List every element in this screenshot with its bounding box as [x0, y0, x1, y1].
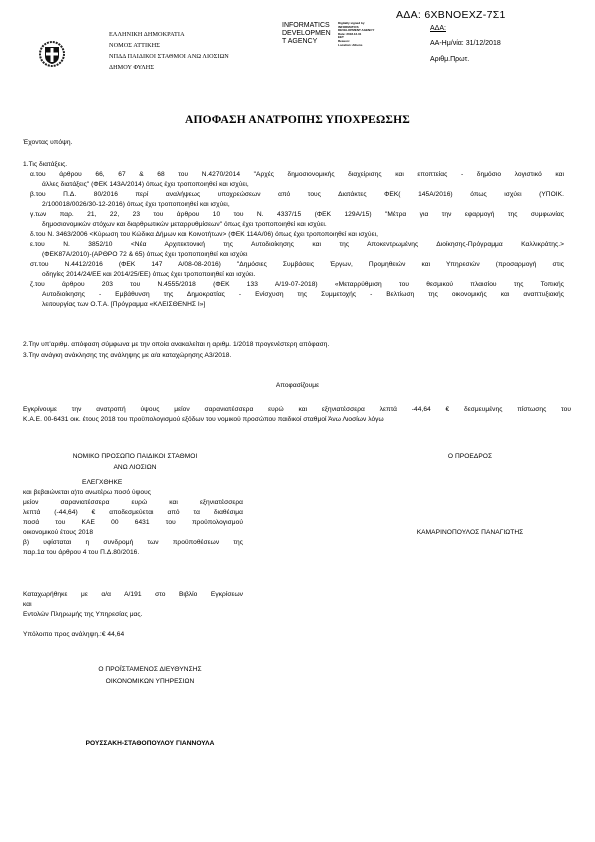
- intro-text: Έχοντας υπόψη.: [23, 138, 72, 148]
- org-line-entity: ΝΠΔΔ ΠΑΙΔΙΚΟΙ ΣΤΑΘΜΟΙ ΑΝΩ ΛΙΟΣΙΩΝ: [109, 51, 229, 62]
- provision-line: ζ.του άρθρου 203 του Ν.4555/2018 (ΦΕΚ 13…: [30, 280, 564, 290]
- org-line-prefecture: ΝΟΜΟΣ ΑΤΤΙΚΗΣ: [109, 40, 229, 51]
- provision-d: δ.του Ν. 3463/2006 <Κύρωση του Κώδικα Δή…: [30, 230, 564, 240]
- section1-heading: 1.Τις διατάξεις.: [23, 160, 67, 170]
- finance-head-name: ΡΟΥΣΣΑΚΗ-ΣΤΑΘΟΠΟΥΛΟΥ ΓΙΑΝΝΟΥΛΑ: [60, 739, 240, 749]
- provision-line: λειτουργίας των Ο.Τ.Α. [Πρόγραμμα «ΚΛΕΙΣ…: [30, 300, 564, 310]
- document-title: ΑΠΟΦΑΣΗ ΑΝΑΤΡΟΠΗΣ ΥΠΟΧΡΕΩΣΗΣ: [0, 114, 595, 126]
- finance-head-title2: ΟΙΚΟΝΟΜΙΚΩΝ ΥΠΗΡΕΣΙΩΝ: [60, 677, 240, 687]
- decision-line: Εγκρίνουμε την ανατροπή ύψους μείον σαρα…: [23, 405, 571, 415]
- org-block: ΕΛΛΗΝΙΚΗ ΔΗΜΟΚΡΑΤΙΑ ΝΟΜΟΣ ΑΤΤΙΚΗΣ ΝΠΔΔ Π…: [109, 29, 229, 73]
- provision-line: δημοσιονομικών στόχων και διαρθρωτικών μ…: [30, 220, 564, 230]
- provision-line: άλλες διατάξεις" (ΦΕΚ 143Α/2014) όπως έχ…: [30, 180, 564, 190]
- provision-e: ε.του Ν. 3852/10 <Νέα Αρχιτεκτονική της …: [30, 240, 564, 260]
- check-line: β) υφίσταται η συνδρομή των προϋποθέσεων…: [23, 538, 243, 548]
- registration-line: και: [23, 600, 243, 610]
- point-3: 3.Την ανάγκη ανάκλησης της ανάληψης με α…: [23, 351, 231, 361]
- check-line: λεπτά (-44,64) € αποδεσμεύεται από τα δι…: [23, 508, 243, 518]
- check-line: οικονομικού έτους 2018: [23, 528, 243, 538]
- check-line: μείον σαρανιατέσσερα ευρώ και εξηνιατέσσ…: [23, 498, 243, 508]
- provision-c: γ.των παρ. 21, 22, 23 του άρθρου 10 του …: [30, 210, 564, 230]
- provision-g: ζ.του άρθρου 203 του Ν.4555/2018 (ΦΕΚ 13…: [30, 280, 564, 310]
- issue-date: ΑΑ-Ημ/νία: 31/12/2018: [430, 40, 501, 47]
- greek-emblem-icon: [39, 41, 65, 67]
- provision-line: Αυτοδιοίκησης - Εμβάθυνση της Δημοκρατία…: [30, 290, 564, 300]
- finance-head-title1: Ο ΠΡΟΪΣΤΑΜΕΝΟΣ ΔΙΕΥΘΥΝΣΗΣ: [60, 665, 240, 675]
- decision-line: Κ.Α.Ε. 00-6431 οικ. έτους 2018 του προϋπ…: [23, 415, 571, 425]
- org-line-municipality: ΔΗΜΟΥ ΦΥΛΗΣ: [109, 62, 229, 73]
- check-line: και βεβαιώνεται α)το ανωτέρω ποσό ύψους: [23, 488, 243, 498]
- provision-line: δ.του Ν. 3463/2006 <Κύρωση του Κώδικα Δή…: [30, 230, 564, 240]
- provision-a: α.του άρθρου 66, 67 & 68 του Ν.4270/2014…: [30, 170, 564, 190]
- check-statement: και βεβαιώνεται α)το ανωτέρω ποσό ύψους …: [23, 488, 243, 558]
- remaining-balance: Υπόλοιπο προς ανάληψη.:€ 44,64: [23, 630, 124, 640]
- ada-code-top: ΑΔΑ: 6ΧΒΝΟΕΧΖ-7Σ1: [396, 9, 506, 21]
- checked-label: ΕΛΕΓΧΘΗΚΕ: [82, 478, 122, 488]
- digital-signature-details: Digitally signed by INFORMATICS DEVELOPM…: [338, 22, 374, 47]
- provision-line: ε.του Ν. 3852/10 <Νέα Αρχιτεκτονική της …: [30, 240, 564, 250]
- president-title: Ο ΠΡΟΕΔΡΟΣ: [400, 452, 540, 462]
- signature-detail: Location: Athens: [338, 44, 374, 48]
- provision-f: στ.του Ν.4412/2016 (ΦΕΚ 147 Α/08-08-2016…: [30, 260, 564, 280]
- provision-line: 2/100018/0026/30-12-2016) όπως έχει τροπ…: [30, 200, 564, 210]
- protocol-number: Αριθμ.Πρωτ.: [430, 56, 469, 63]
- entity-name-line1: ΝΟΜΙΚΟ ΠΡΟΣΩΠΟ ΠΑΙΔΙΚΟΙ ΣΤΑΘΜΟΙ: [40, 452, 230, 462]
- president-name: ΚΑΜΑΡΙΝΟΠΟΥΛΟΣ ΠΑΝΑΓΙΩΤΗΣ: [390, 528, 550, 538]
- point-2: 2.Την υπ'αριθμ. απόφαση σύμφωνα με την ο…: [23, 340, 329, 350]
- org-line-republic: ΕΛΛΗΝΙΚΗ ΔΗΜΟΚΡΑΤΙΑ: [109, 29, 229, 40]
- agency-line: T AGENCY: [282, 38, 331, 46]
- provisions-list: α.του άρθρου 66, 67 & 68 του Ν.4270/2014…: [30, 170, 564, 310]
- signature-agency-block: INFORMATICS DEVELOPMEN T AGENCY: [282, 22, 331, 46]
- provision-line: γ.των παρ. 21, 22, 23 του άρθρου 10 του …: [30, 210, 564, 220]
- provision-line: β.του Π.Δ. 80/2016 περί αναλήψεως υποχρε…: [30, 190, 564, 200]
- provision-line: οδηγίες 2014/24/ΕΕ και 2014/25/ΕΕ) όπως …: [30, 270, 564, 280]
- ada-label: ΑΔΑ:: [430, 25, 446, 32]
- entity-name-line2: ΑΝΩ ΛΙΟΣΙΩΝ: [40, 463, 230, 473]
- check-line: ποσά του ΚΑΕ 00 6431 του προϋπολογισμού: [23, 518, 243, 528]
- provision-b: β.του Π.Δ. 80/2016 περί αναλήψεως υποχρε…: [30, 190, 564, 210]
- provision-line: α.του άρθρου 66, 67 & 68 του Ν.4270/2014…: [30, 170, 564, 180]
- registration-line: Εντολών Πληρωμής της Υπηρεσίας μας.: [23, 610, 243, 620]
- check-line: παρ.1α του άρθρου 4 του Π.Δ.80/2016.: [23, 548, 243, 558]
- decide-heading: Αποφασίζουμε: [0, 381, 595, 391]
- registration-line: Καταχωρήθηκε με α/α Α/191 στο Βιβλίο Εγκ…: [23, 590, 243, 600]
- decision-text: Εγκρίνουμε την ανατροπή ύψους μείον σαρα…: [23, 405, 571, 425]
- provision-line: (ΦΕΚ87Α/2010)-(ΑΡΘΡΟ 72 & 65) όπως έχει …: [30, 250, 564, 260]
- registration-statement: Καταχωρήθηκε με α/α Α/191 στο Βιβλίο Εγκ…: [23, 590, 243, 620]
- agency-line: DEVELOPMEN: [282, 30, 331, 38]
- provision-line: στ.του Ν.4412/2016 (ΦΕΚ 147 Α/08-08-2016…: [30, 260, 564, 270]
- agency-line: INFORMATICS: [282, 22, 331, 30]
